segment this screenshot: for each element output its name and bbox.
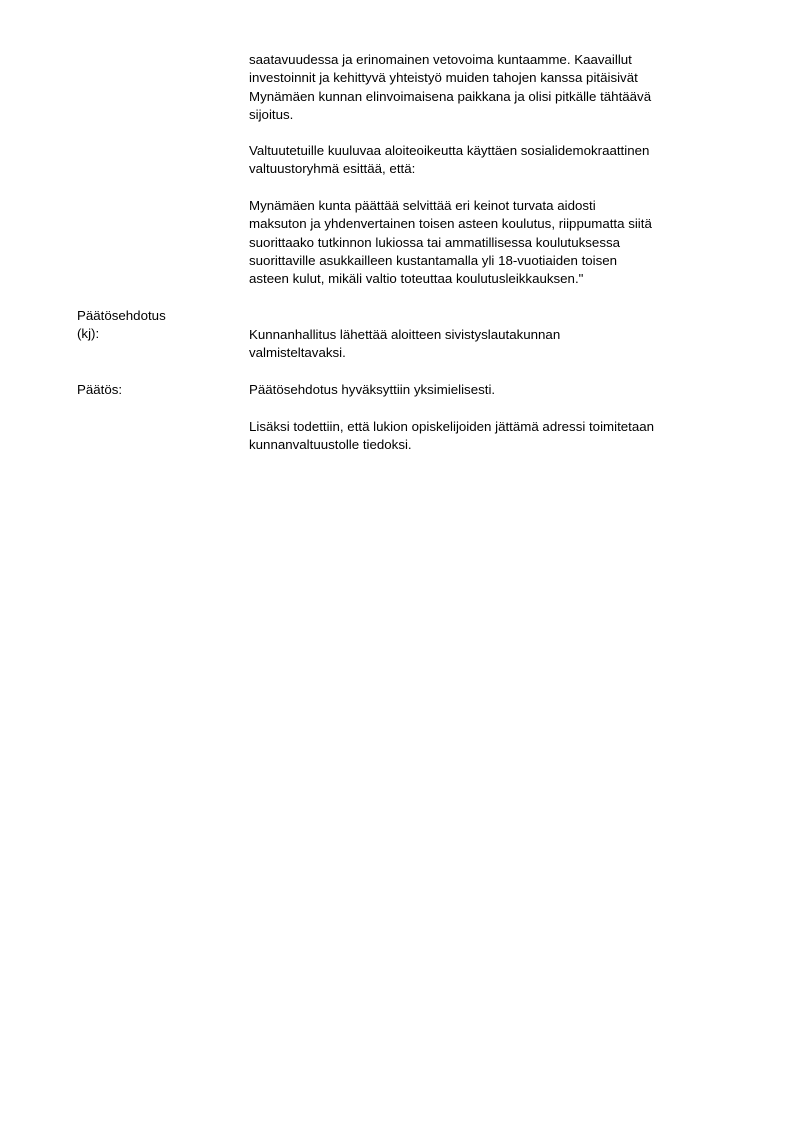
decision-proposal-text: Kunnanhallitus lähettää aloitteen sivist…	[249, 326, 749, 363]
intro-paragraph: saatavuudessa ja erinomainen vetovoima k…	[249, 51, 749, 124]
text-line: valtuustoryhmä esittää, että:	[249, 160, 749, 178]
proposal-paragraph: Mynämäen kunta päättää selvittää eri kei…	[249, 197, 749, 288]
text-line: investoinnit ja kehittyvä yhteistyö muid…	[249, 69, 749, 87]
text-line: valmisteltavaksi.	[249, 344, 749, 362]
label-line: (kj):	[77, 325, 166, 343]
text-line: Lisäksi todettiin, että lukion opiskelij…	[249, 418, 749, 436]
document-page: saatavuudessa ja erinomainen vetovoima k…	[0, 0, 794, 1122]
decision-text: Päätösehdotus hyväksyttiin yksimielisest…	[249, 381, 749, 399]
text-line: Päätösehdotus hyväksyttiin yksimielisest…	[249, 381, 749, 399]
text-line: Mynämäen kunta päättää selvittää eri kei…	[249, 197, 749, 215]
text-line: Mynämäen kunnan elinvoimaisena paikkana …	[249, 88, 749, 106]
decision-label: Päätös:	[77, 381, 122, 399]
text-line: maksuton ja yhdenvertainen toisen asteen…	[249, 215, 749, 233]
decision-proposal-label: Päätösehdotus (kj):	[77, 307, 166, 344]
label-line: Päätösehdotus	[77, 307, 166, 325]
text-line: kunnanvaltuustolle tiedoksi.	[249, 436, 749, 454]
text-line: asteen kulut, mikäli valtio toteuttaa ko…	[249, 270, 749, 288]
text-line: Kunnanhallitus lähettää aloitteen sivist…	[249, 326, 749, 344]
initiative-paragraph: Valtuutetuille kuuluvaa aloiteoikeutta k…	[249, 142, 749, 179]
label-line: Päätös:	[77, 381, 122, 399]
decision-additional-text: Lisäksi todettiin, että lukion opiskelij…	[249, 418, 749, 455]
text-line: sijoitus.	[249, 106, 749, 124]
text-line: suorittaako tutkinnon lukiossa tai ammat…	[249, 234, 749, 252]
text-line: Valtuutetuille kuuluvaa aloiteoikeutta k…	[249, 142, 749, 160]
text-line: saatavuudessa ja erinomainen vetovoima k…	[249, 51, 749, 69]
text-line: suorittaville asukkailleen kustantamalla…	[249, 252, 749, 270]
